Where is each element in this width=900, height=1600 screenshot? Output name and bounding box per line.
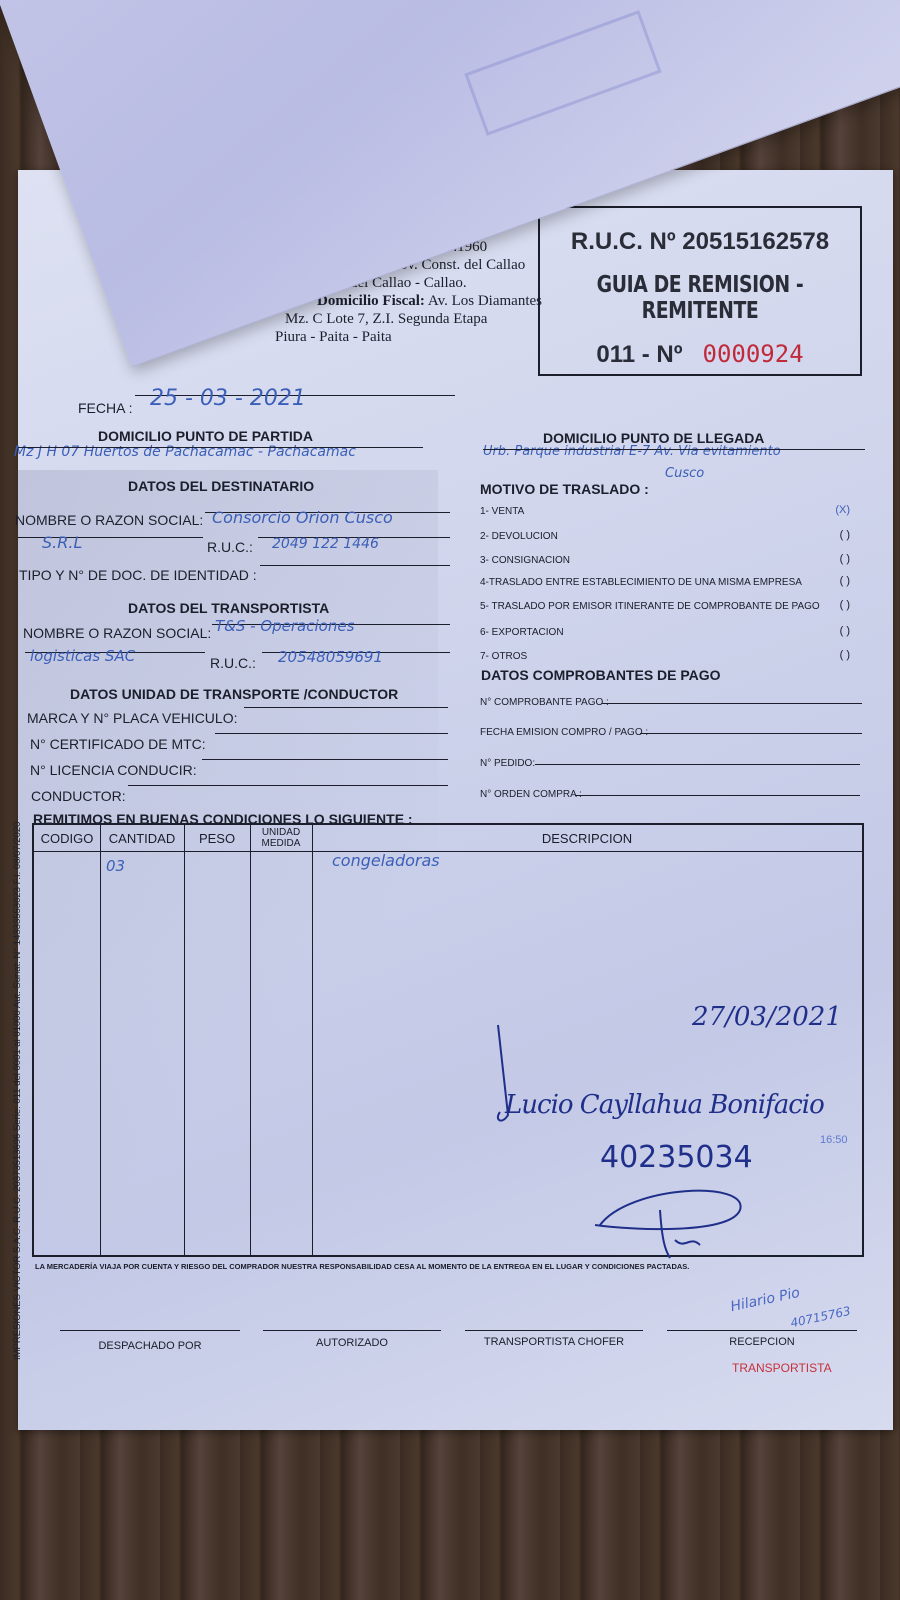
col-codigo: CODIGO — [34, 825, 100, 852]
partida-title: DOMICILIO PUNTO DE PARTIDA — [98, 428, 313, 444]
destinatario-ruc-value: 2049 122 1446 — [272, 536, 379, 552]
fecha-emision-label: FECHA EMISION COMPRO / PAGO : — [480, 727, 648, 738]
annotation-date: 27/03/2021 — [692, 1002, 842, 1032]
motivo-label: 6- EXPORTACION — [480, 627, 564, 638]
checkbox-otros[interactable]: ( ) — [840, 649, 850, 661]
unidad-title: DATOS UNIDAD DE TRANSPORTE /CONDUCTOR — [70, 686, 398, 702]
orden-compra-label: N° ORDEN COMPRA : — [480, 789, 582, 800]
sig-transportista-chofer: TRANSPORTISTA CHOFER — [465, 1336, 643, 1348]
row-descripcion: congeladoras — [332, 851, 440, 870]
llegada-value-city: Cusco — [665, 466, 704, 481]
annotation-note: 16:50 — [820, 1134, 848, 1146]
serial-number: 011 - Nº0000924 — [540, 340, 860, 369]
destinatario-doc-label: TIPO Y N° DE DOC. DE IDENTIDAD : — [19, 567, 257, 583]
motivo-venta[interactable]: 1- VENTA(X) — [480, 506, 850, 517]
ruc-number: R.U.C. Nº 20515162578 — [540, 228, 860, 256]
checkbox-traslado-establecimiento[interactable]: ( ) — [840, 575, 850, 587]
motivo-devolucion[interactable]: 2- DEVOLUCION( ) — [480, 531, 850, 542]
sig-recepcion: RECEPCION — [667, 1336, 857, 1348]
signature-stroke-icon — [490, 1020, 520, 1130]
motivo-emisor-itinerante[interactable]: 5- TRASLADO POR EMISOR ITINERANTE DE COM… — [480, 601, 850, 612]
signature-icon — [590, 1180, 760, 1260]
transportista-nombre-value-2: logisticas SAC — [30, 647, 135, 665]
conductor-label: CONDUCTOR: — [31, 788, 126, 804]
llegada-value: Urb. Parque industrial E-7 Av. Via evita… — [483, 444, 781, 459]
checkbox-venta[interactable]: (X) — [835, 504, 850, 516]
fiscal-label: Domicilio Fiscal: — [317, 293, 425, 309]
placa-label: MARCA Y N° PLACA VEHICULO: — [27, 710, 238, 726]
motivo-exportacion[interactable]: 6- EXPORTACION( ) — [480, 627, 850, 638]
document-type: GUIA DE REMISION - REMITENTE — [569, 272, 831, 324]
fecha-label: FECHA : — [78, 400, 132, 416]
motivo-consignacion[interactable]: 3- CONSIGNACION( ) — [480, 555, 850, 566]
disclaimer-text: LA MERCADERÍA VIAJA POR CUENTA Y RIESGO … — [35, 1262, 865, 1271]
row-cantidad: 03 — [106, 857, 125, 875]
comprobante-label: N° COMPROBANTE PAGO : — [480, 697, 609, 708]
motivo-label: 3- CONSIGNACION — [480, 555, 570, 566]
fecha-value: 25 - 03 - 2021 — [150, 386, 306, 411]
checkbox-emisor-itinerante[interactable]: ( ) — [840, 599, 850, 611]
motivo-label: 7- OTROS — [480, 651, 527, 662]
printer-info: IMPRESIONES VICTOR S.A.C. R.U.C. 2037351… — [12, 822, 23, 1360]
col-cantidad: CANTIDAD — [100, 825, 184, 852]
document-number: 0000924 — [703, 340, 804, 368]
transportista-nombre-label: NOMBRE O RAZON SOCIAL: — [23, 625, 211, 641]
checkbox-exportacion[interactable]: ( ) — [840, 625, 850, 637]
annotation-dni: 40235034 — [600, 1140, 753, 1175]
copy-label: TRANSPORTISTA — [732, 1361, 832, 1375]
motivo-label: 2- DEVOLUCION — [480, 531, 558, 542]
col-peso: PESO — [184, 825, 250, 852]
destinatario-title: DATOS DEL DESTINATARIO — [128, 478, 314, 494]
pedido-label: N° PEDIDO: — [480, 758, 535, 769]
checkbox-devolucion[interactable]: ( ) — [840, 529, 850, 541]
fiscal-address: Av. Los Diamantes — [428, 293, 542, 309]
comprobantes-title: DATOS COMPROBANTES DE PAGO — [481, 667, 721, 683]
destinatario-nombre-label: NOMBRE O RAZON SOCIAL: — [15, 512, 203, 528]
transportista-title: DATOS DEL TRANSPORTISTA — [128, 600, 329, 616]
sig-autorizado: AUTORIZADO — [263, 1337, 441, 1349]
destinatario-ruc-label: R.U.C.: — [207, 539, 253, 555]
motivo-title: MOTIVO DE TRASLADO : — [480, 481, 649, 497]
serie-label: 011 - Nº — [596, 341, 682, 368]
motivo-label: 1- VENTA — [480, 506, 524, 517]
transportista-nombre-value: T&S - Operaciones — [215, 617, 354, 635]
col-descripcion: DESCRIPCION — [312, 825, 862, 852]
annotation-name: Lucio Cayllahua Bonifacio — [505, 1090, 824, 1120]
licencia-label: N° LICENCIA CONDUCIR: — [30, 762, 197, 778]
col-unidad-medida: UNIDAD MEDIDA — [250, 825, 312, 852]
destinatario-nombre-value: Consorcio Orion Cusco — [212, 508, 393, 527]
issuer-line-6: Piura - Paita - Paita — [255, 328, 542, 346]
transportista-ruc-label: R.U.C.: — [210, 655, 256, 671]
sig-despachado: DESPACHADO POR — [60, 1340, 240, 1352]
mtc-label: N° CERTIFICADO DE MTC: — [30, 736, 206, 752]
transportista-ruc-value: 20548059691 — [278, 648, 383, 666]
checkbox-consignacion[interactable]: ( ) — [840, 553, 850, 565]
motivo-label: 5- TRASLADO POR EMISOR ITINERANTE DE COM… — [480, 601, 820, 612]
issuer-line-5: Mz. C Lote 7, Z.I. Segunda Etapa — [255, 310, 542, 328]
motivo-traslado-establecimiento[interactable]: 4-TRASLADO ENTRE ESTABLECIMIENTO DE UNA … — [480, 577, 850, 588]
destinatario-nombre-value-2: S.R.L — [42, 533, 82, 552]
motivo-otros[interactable]: 7- OTROS( ) — [480, 651, 850, 662]
motivo-label: 4-TRASLADO ENTRE ESTABLECIMIENTO DE UNA … — [480, 577, 802, 588]
ruc-header-box: R.U.C. Nº 20515162578 GUIA DE REMISION -… — [538, 206, 862, 376]
